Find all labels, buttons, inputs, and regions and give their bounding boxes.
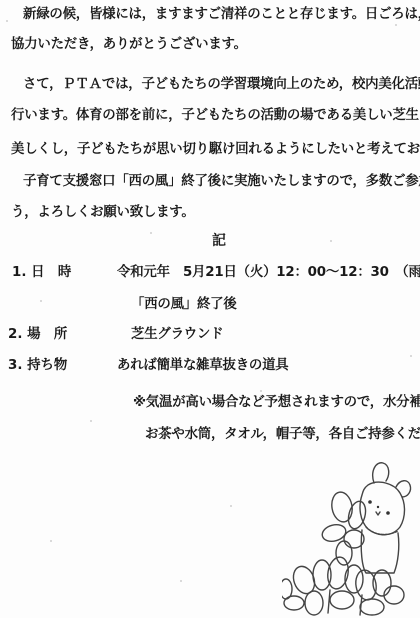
scan-speckle [230, 505, 232, 507]
item-value-belongings: あれば簡単な雑草抜きの道具 [117, 357, 288, 375]
bear-with-flowers-icon [282, 455, 420, 618]
paragraph-3-line-1: 子育て支援窓口「西の風」終了後に実施いたしますので，多数ご参加いただきますよ [23, 173, 420, 191]
item-label-belongings: 3. 持ち物 [8, 357, 67, 375]
document-page: 新緑の候，皆様には，ますますご清祥のことと存じます。日ごろは，ＰＴＡ活動にご 協… [0, 0, 420, 618]
item-value-datetime-sub: 「西の風」終了後 [131, 296, 237, 314]
scan-speckle [40, 300, 42, 302]
item-label-place: 2. 場 所 [8, 326, 67, 344]
paragraph-2-line-1: さて，ＰＴＡでは，子どもたちの学習環境向上のため，校内美化活動を下記のとおり [23, 76, 420, 94]
scan-speckle [150, 232, 152, 234]
scan-speckle [180, 580, 182, 582]
paragraph-1-line-1: 新緑の候，皆様には，ますますご清祥のことと存じます。日ごろは，ＰＴＡ活動にご [23, 6, 420, 24]
scan-speckle [50, 540, 52, 542]
scan-speckle [330, 240, 332, 242]
ki-heading: 記 [212, 232, 226, 250]
item-label-datetime: 1. 日 時 [12, 264, 71, 282]
paragraph-2-line-2: 行います。体育の部を前に，子どもたちの活動の場である美しい芝生グラウンドをより [11, 107, 420, 125]
scan-speckle [260, 390, 262, 392]
paragraph-1-line-2: 協力いただき，ありがとうございます。 [11, 36, 247, 54]
scan-speckle [6, 20, 8, 22]
note-line-1: ※気温が高い場合など予想されますので，水分補給のための [133, 394, 420, 412]
item-value-place: 芝生グラウンド [131, 326, 223, 344]
paragraph-3-line-2: う，よろしくお願い致します。 [11, 204, 195, 222]
paragraph-2-line-3: 美しくし，子どもたちが思い切り駆け回れるようにしたいと考えております。 [11, 141, 420, 159]
scan-speckle [410, 355, 412, 357]
note-line-2: お茶や水筒，タオル，帽子等，各自ご持参ください。 [145, 426, 420, 444]
item-value-datetime: 令和元年 5月21日（火）12：00〜12：30 （雨天中止） [117, 264, 420, 282]
scan-speckle [395, 24, 397, 26]
scan-speckle [90, 420, 92, 422]
